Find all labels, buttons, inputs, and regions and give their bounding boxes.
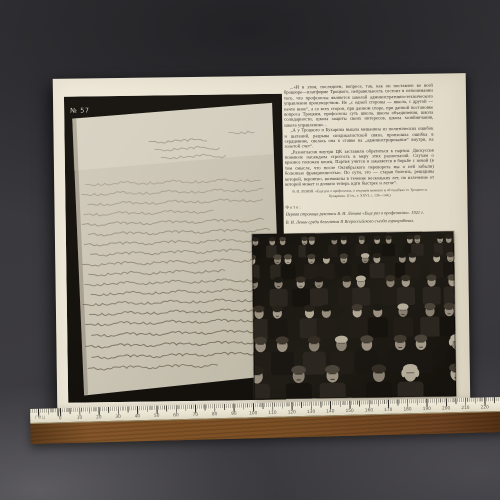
ruler-number: 40 xyxy=(135,414,141,419)
caption-crowd-photo: В. И. Ленин среди делегатов II Всероссий… xyxy=(286,218,431,226)
ruler-number: 170 xyxy=(384,407,392,412)
quote-paragraph-1: ...«И в этом, последнем, вопросе, так, к… xyxy=(284,83,434,128)
ruler-number: 90 xyxy=(231,411,237,416)
ruler-number: 160 xyxy=(365,408,373,413)
ruler-number: 190 xyxy=(423,406,431,411)
ruler-number: 0 xyxy=(59,416,62,421)
ruler-number: 50 xyxy=(154,413,160,418)
ruler-number: 110 xyxy=(268,410,276,415)
printed-text-column: ...«И в этом, последнем, вопросе, так, к… xyxy=(284,83,435,226)
ruler-number: 30 xyxy=(115,414,121,419)
photo-print: № 57 ...«И в этом, последнем, вопросе, т… xyxy=(53,73,471,411)
ruler-number: 150 xyxy=(345,408,353,413)
ruler-number: 10 xyxy=(77,415,83,420)
ruler-number: 180 xyxy=(403,407,411,412)
ruler-number: 200 xyxy=(442,406,450,411)
ruler-number: 80 xyxy=(212,412,218,417)
ruler-number: 140 xyxy=(326,409,334,414)
photo-section-label: Фото: xyxy=(285,202,434,209)
source-citation: В. И. ЛЕНИН. «Еще раз о профсоюзах, о те… xyxy=(291,188,428,199)
ruler-number: 220 xyxy=(481,405,489,410)
ruler-maker-mark: ГИЦ xyxy=(35,415,45,420)
ruler-number: 120 xyxy=(288,410,296,415)
quote-paragraph-3: „Разногласия внутри ЦК заставили обратит… xyxy=(285,147,435,187)
crowd-photograph xyxy=(252,231,456,399)
quote-paragraph-2: „А у Троцкого и Бухарина вышла мешанина … xyxy=(284,126,433,150)
archive-number-label: № 57 xyxy=(70,106,90,114)
ruler-number: 210 xyxy=(461,405,469,410)
ruler-number: 130 xyxy=(307,409,315,414)
ruler-number: 60 xyxy=(173,413,179,418)
caption-manuscript: Первая страница рукописи В. И. Ленина «Е… xyxy=(286,210,431,218)
ruler-number: 100 xyxy=(249,411,257,416)
ruler-number: 70 xyxy=(192,412,198,417)
ruler-number: 20 xyxy=(96,415,102,420)
